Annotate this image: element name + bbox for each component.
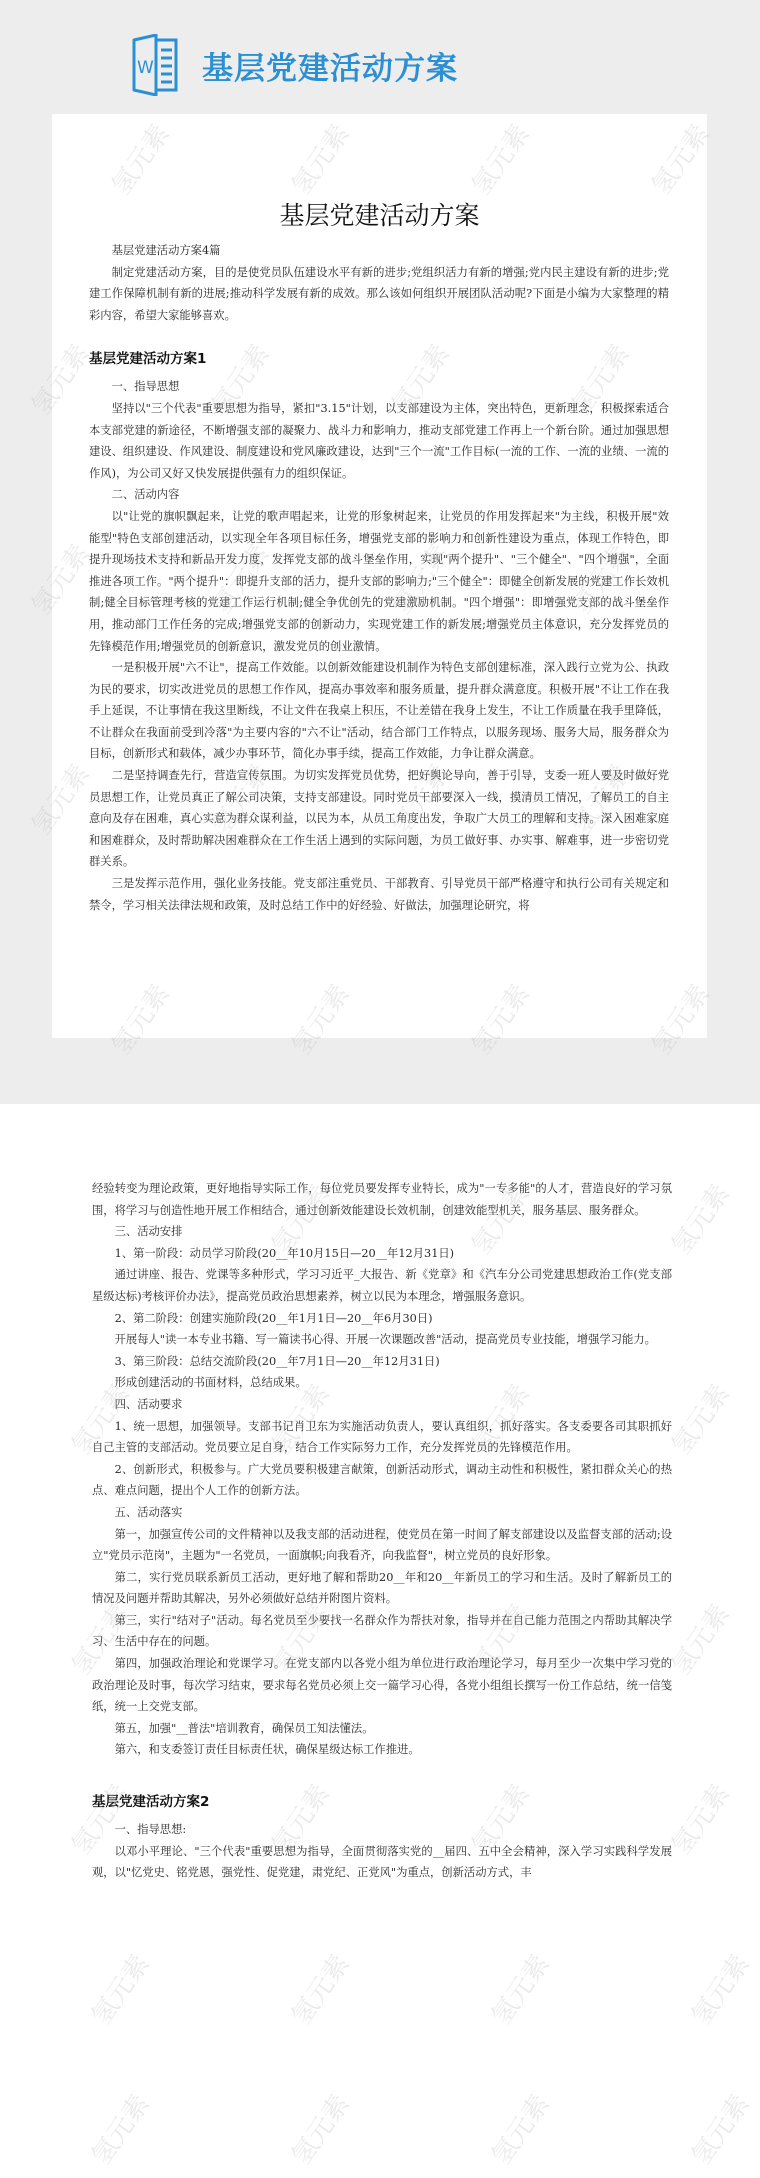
paragraph: 二是坚持调查先行，营造宣传氛围。为切实发挥党员优势，把好舆论导向，善于引导，支委… bbox=[89, 765, 669, 873]
watermark: 氢元素 bbox=[81, 2086, 156, 2171]
paragraph: 以"让党的旗帜飘起来，让党的歌声唱起来，让党的形象树起来，让党员的作用发挥起来"… bbox=[89, 506, 669, 657]
watermark: 氢元素 bbox=[281, 2086, 356, 2171]
paragraph: 第五，加强"__普法"培训教育，确保员工知法懂法。 bbox=[92, 1718, 672, 1740]
page-header: W 基层党建活动方案 bbox=[132, 30, 458, 100]
paragraph: 第六，和支委签订责任目标责任状，确保星级达标工作推进。 bbox=[92, 1739, 672, 1761]
watermark: 氢元素 bbox=[661, 1596, 736, 1681]
header-title: 基层党建活动方案 bbox=[202, 43, 458, 88]
subheading-activity-requirements: 四、活动要求 bbox=[92, 1394, 672, 1416]
paragraph: 1、统一思想，加强领导。支部书记肖卫东为实施活动负责人，要认真组织，抓好落实。各… bbox=[92, 1416, 672, 1459]
paragraph: 以邓小平理论、"三个代表"重要思想为指导，全面贯彻落实党的__届四、五中全会精神… bbox=[92, 1841, 672, 1884]
paragraph: 第四，加强政治理论和党课学习。在党支部内以各党小组为单位进行政治理论学习，每月至… bbox=[92, 1653, 672, 1718]
watermark: 氢元素 bbox=[281, 1946, 356, 2031]
paragraph: 开展每人"读一本专业书籍、写一篇读书心得、开展一次课题改善"活动，提高党员专业技… bbox=[92, 1329, 672, 1351]
subheading-activity-implementation: 五、活动落实 bbox=[92, 1502, 672, 1524]
watermark: 氢元素 bbox=[681, 1946, 756, 2031]
paragraph: 形成创建活动的书面材料，总结成果。 bbox=[92, 1372, 672, 1394]
paragraph: 经验转变为理论政策，更好地指导实际工作，每位党员要发挥专业特长，成为"一专多能"… bbox=[92, 1178, 672, 1221]
word-document-icon: W bbox=[132, 34, 178, 96]
phase-2: 2、第二阶段：创建实施阶段(20__年1月1日—20__年6月30日) bbox=[92, 1308, 672, 1330]
section-1-heading: 基层党建活动方案1 bbox=[89, 348, 669, 370]
subheading-guiding-ideology: 一、指导思想: bbox=[92, 1819, 672, 1841]
svg-text:W: W bbox=[137, 58, 154, 78]
paragraph: 第一，加强宣传公司的文件精神以及我支部的活动进程，使党员在第一时间了解支部建设以… bbox=[92, 1524, 672, 1567]
paragraph: 通过讲座、报告、党课等多种形式，学习习近平_大报告、新《党章》和《汽车分公司党建… bbox=[92, 1264, 672, 1307]
document-page-2: 经验转变为理论政策，更好地指导实际工作，每位党员要发挥专业特长，成为"一专多能"… bbox=[92, 1178, 672, 1884]
subheading-activity-content: 二、活动内容 bbox=[89, 484, 669, 506]
watermark: 氢元素 bbox=[481, 2086, 556, 2171]
document-page-1: 基层党建活动方案 基层党建活动方案4篇 制定党建活动方案，目的是使党员队伍建设水… bbox=[52, 114, 707, 1038]
subheading-guiding-ideology: 一、指导思想 bbox=[89, 376, 669, 398]
watermark: 氢元素 bbox=[481, 1946, 556, 2031]
watermark: 氢元素 bbox=[661, 1776, 736, 1861]
paragraph: 一是积极开展"六不让"，提高工作效能。以创新效能建设机制作为特色支部创建标准，深… bbox=[89, 657, 669, 765]
paragraph: 三是发挥示范作用，强化业务技能。党支部注重党员、干部教育、引导党员干部严格遵守和… bbox=[89, 873, 669, 916]
paragraph: 坚持以"三个代表"重要思想为指导，紧扣"3.15"计划，以支部建设为主体，突出特… bbox=[89, 398, 669, 484]
phase-1: 1、第一阶段：动员学习阶段(20__年10月15日—20__年12月31日) bbox=[92, 1243, 672, 1265]
paragraph: 第二，实行党员联系新员工活动，更好地了解和帮助20__年和20__年新员工的学习… bbox=[92, 1567, 672, 1610]
paragraph: 2、创新形式，积极参与。广大党员要积极建言献策，创新活动形式，调动主动性和积极性… bbox=[92, 1459, 672, 1502]
document-subtitle: 基层党建活动方案4篇 bbox=[89, 240, 669, 262]
paragraph: 第三，实行"结对子"活动。每名党员至少要找一名群众作为帮扶对象，指导并在自己能力… bbox=[92, 1610, 672, 1653]
page-1-content: 基层党建活动方案4篇 制定党建活动方案，目的是使党员队伍建设水平有新的进步;党组… bbox=[89, 240, 669, 916]
phase-3: 3、第三阶段：总结交流阶段(20__年7月1日—20__年12月31日) bbox=[92, 1351, 672, 1373]
section-2-heading: 基层党建活动方案2 bbox=[92, 1791, 672, 1813]
document-title: 基层党建活动方案 bbox=[52, 196, 707, 232]
watermark: 氢元素 bbox=[81, 1946, 156, 2031]
intro-paragraph: 制定党建活动方案，目的是使党员队伍建设水平有新的进步;党组织活力有新的增强;党内… bbox=[89, 262, 669, 327]
subheading-activity-schedule: 三、活动安排 bbox=[92, 1221, 672, 1243]
watermark: 氢元素 bbox=[681, 2086, 756, 2171]
watermark: 氢元素 bbox=[661, 1176, 736, 1261]
watermark: 氢元素 bbox=[661, 1376, 736, 1461]
